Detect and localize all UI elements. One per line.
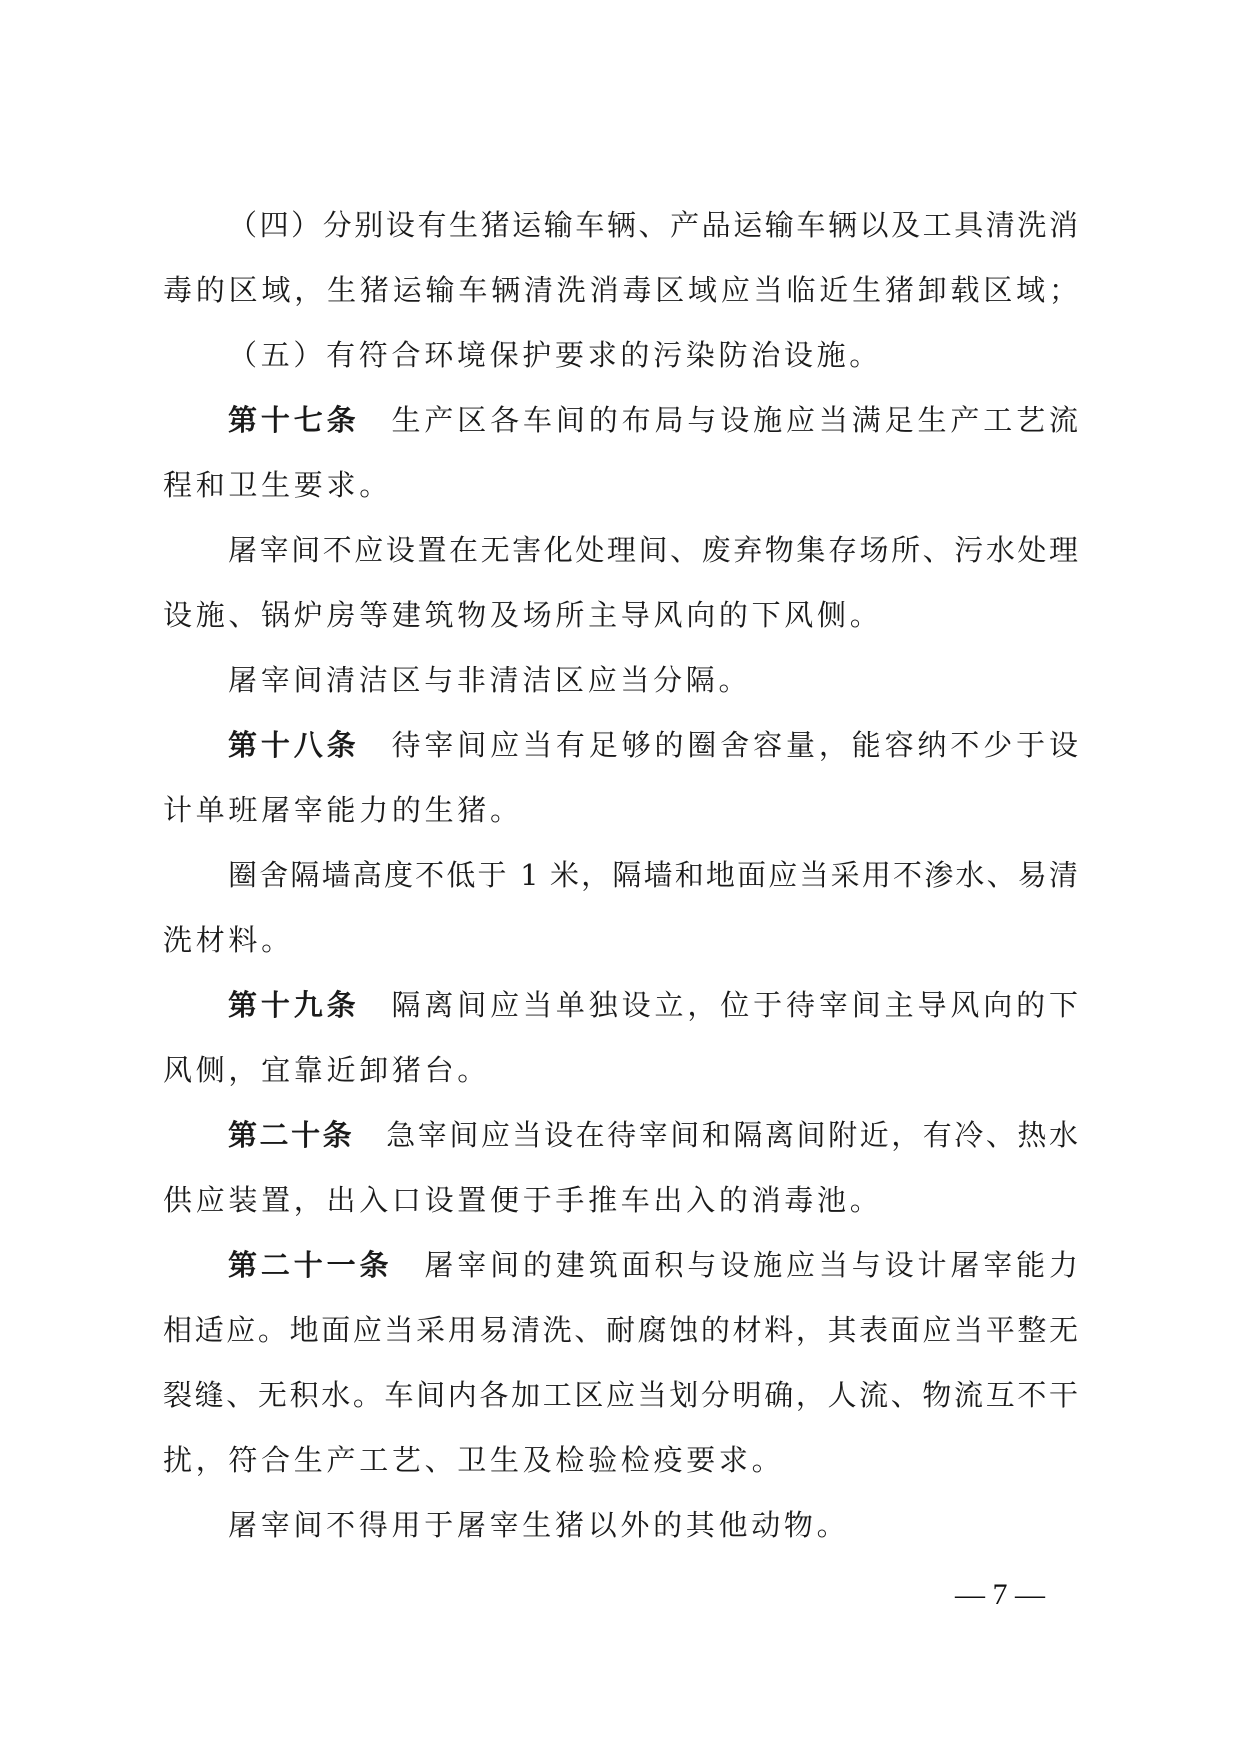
article-text: 急宰间应当设在待宰间和隔离间附近，有冷、热水 bbox=[386, 1118, 1078, 1152]
text-line: 毒的区域，生猪运输车辆清洗消毒区域应当临近生猪卸载区域； bbox=[163, 270, 1078, 310]
article-heading: 第二十条 bbox=[228, 1118, 354, 1152]
article-heading: 第十七条 bbox=[228, 403, 360, 437]
text-line: 圈舍隔墙高度不低于 1 米，隔墙和地面应当采用不渗水、易清 bbox=[228, 855, 1078, 895]
article-17-line: 第十七条生产区各车间的布局与设施应当满足生产工艺流 bbox=[228, 400, 1078, 440]
text-line: 风侧，宜靠近卸猪台。 bbox=[163, 1050, 1078, 1090]
text-line: 程和卫生要求。 bbox=[163, 465, 1078, 505]
text-line: 设施、锅炉房等建筑物及场所主导风向的下风侧。 bbox=[163, 595, 1078, 635]
text-line: 屠宰间清洁区与非清洁区应当分隔。 bbox=[228, 660, 1078, 700]
article-21-line: 第二十一条屠宰间的建筑面积与设施应当与设计屠宰能力 bbox=[228, 1245, 1078, 1285]
text-line: 供应装置，出入口设置便于手推车出入的消毒池。 bbox=[163, 1180, 1078, 1220]
text-line: 屠宰间不应设置在无害化处理间、废弃物集存场所、污水处理 bbox=[228, 530, 1078, 570]
article-text: 隔离间应当单独设立，位于待宰间主导风向的下 bbox=[392, 988, 1078, 1022]
text-line: 相适应。地面应当采用易清洗、耐腐蚀的材料，其表面应当平整无 bbox=[163, 1310, 1078, 1350]
article-text: 生产区各车间的布局与设施应当满足生产工艺流 bbox=[392, 403, 1078, 437]
article-20-line: 第二十条急宰间应当设在待宰间和隔离间附近，有冷、热水 bbox=[228, 1115, 1078, 1155]
document-page: （四）分别设有生猪运输车辆、产品运输车辆以及工具清洗消 毒的区域，生猪运输车辆清… bbox=[0, 0, 1240, 1754]
text-line: 计单班屠宰能力的生猪。 bbox=[163, 790, 1078, 830]
article-text: 待宰间应当有足够的圈舍容量，能容纳不少于设 bbox=[392, 728, 1078, 762]
article-text: 屠宰间的建筑面积与设施应当与设计屠宰能力 bbox=[424, 1248, 1078, 1282]
text-line: （四）分别设有生猪运输车辆、产品运输车辆以及工具清洗消 bbox=[228, 205, 1078, 245]
text-line: 扰，符合生产工艺、卫生及检验检疫要求。 bbox=[163, 1440, 1078, 1480]
article-heading: 第十八条 bbox=[228, 728, 360, 762]
article-18-line: 第十八条待宰间应当有足够的圈舍容量，能容纳不少于设 bbox=[228, 725, 1078, 765]
page-number: — 7 — bbox=[940, 1578, 1060, 1612]
article-19-line: 第十九条隔离间应当单独设立，位于待宰间主导风向的下 bbox=[228, 985, 1078, 1025]
text-line: 裂缝、无积水。车间内各加工区应当划分明确，人流、物流互不干 bbox=[163, 1375, 1078, 1415]
article-heading: 第二十一条 bbox=[228, 1248, 392, 1282]
text-line: 屠宰间不得用于屠宰生猪以外的其他动物。 bbox=[228, 1505, 1078, 1545]
text-line: （五）有符合环境保护要求的污染防治设施。 bbox=[228, 335, 1078, 375]
article-heading: 第十九条 bbox=[228, 988, 360, 1022]
text-line: 洗材料。 bbox=[163, 920, 1078, 960]
